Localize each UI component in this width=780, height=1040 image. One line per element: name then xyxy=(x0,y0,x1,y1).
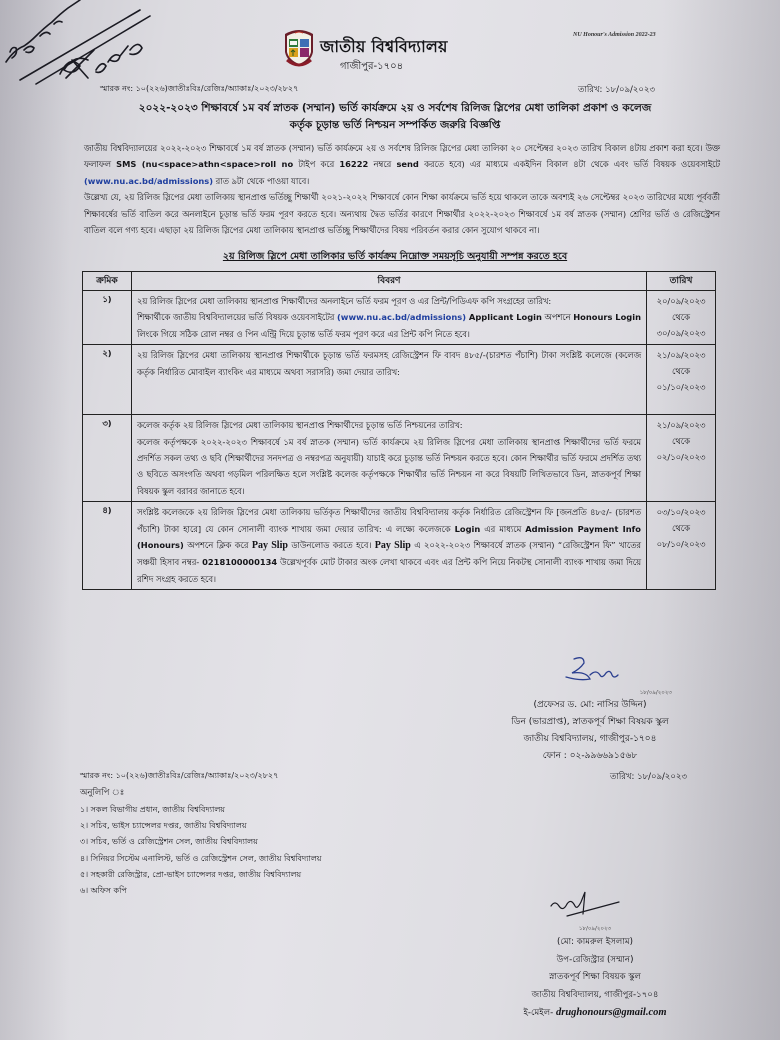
row-serial: ৪) xyxy=(83,502,132,590)
row-description-title: ২য় রিলিজ স্লিপের মেধা তালিকায় স্থানপ্র… xyxy=(137,293,641,309)
handwritten-annotation xyxy=(0,0,170,90)
list-item: ৩। সচিব, ভর্তি ও রেজিস্ট্রেশন সেল, জাতীয… xyxy=(80,834,322,850)
sms-format: SMS (nu<space>athn<space>roll no xyxy=(116,159,293,169)
date-separator: থেকে xyxy=(652,309,710,325)
detail-text: এর মাধ্যমে xyxy=(480,524,525,534)
paragraph-1-text: করতে হবে) এর মাধ্যমে একইদিন বিকাল ৪টা থে… xyxy=(419,159,720,169)
memo-number: স্মারক নং: ১০(২২৬)জাতীঃবিঃ/রেজিঃ/অ্যাকাঃ… xyxy=(100,83,298,96)
signature-date: ১৮/০৯/২০২৩ xyxy=(579,926,611,932)
login-text: Login xyxy=(455,524,481,534)
detail-text: শিক্ষার্থীকে জাতীয় বিশ্ববিদ্যালয়ের ভর্… xyxy=(137,312,337,322)
paragraph-2: উল্লেখ্য যে, ২য় রিলিজ স্লিপের মেধা তালি… xyxy=(84,189,720,238)
list-item: ৫। সহকারী রেজিস্ট্রার, প্রো-ভাইস চ্যান্স… xyxy=(80,867,322,883)
signatory-phone: ফোন : ০২-৯৯৬৬৯১৫৬৮ xyxy=(470,748,710,765)
signatory-name: (প্রফেসর ড. মো: নাসির উদ্দিন) xyxy=(470,697,710,714)
row-serial: ২) xyxy=(83,345,132,415)
table-row: ৪) সংশ্লিষ্ট কলেজকে ২য় রিলিজ স্লিপের মে… xyxy=(83,502,716,590)
row-description: ২য় রিলিজ স্লিপের মেধা তালিকায় স্থানপ্র… xyxy=(132,291,647,345)
signatory-name: (মো: কামরুল ইসলাম) xyxy=(530,934,660,952)
pay-slip-text: Pay Slip xyxy=(375,540,411,551)
applicant-login-text: Applicant Login xyxy=(466,312,542,322)
pay-slip-text: Pay Slip xyxy=(252,540,288,551)
email-label: ই-মেইল- xyxy=(523,1008,556,1018)
schedule-table: ক্রমিক বিবরণ তারিখ ১) ২য় রিলিজ স্লিপের … xyxy=(82,271,716,590)
paragraph-1: জাতীয় বিশ্ববিদ্যালয়ের ২০২২-২০২৩ শিক্ষা… xyxy=(84,140,720,189)
list-item: ৪। সিনিয়র সিস্টেম এনালিস্ট, ভর্তি ও রেজ… xyxy=(80,851,322,867)
signatory-office: জাতীয় বিশ্ববিদ্যালয়, গাজীপুর-১৭০৪ xyxy=(470,731,710,748)
signatory-dean: ১৮/০৯/২০২৩ (প্রফেসর ড. মো: নাসির উদ্দিন)… xyxy=(470,688,710,765)
signature-date: ১৮/০৯/২০২৩ xyxy=(640,690,672,696)
signatory-office: জাতীয় বিশ্ববিদ্যালয়, গাজীপুর-১৭০৪ xyxy=(500,987,690,1005)
sms-number: 16222 xyxy=(339,159,368,169)
detail-text: অপশনে xyxy=(542,312,573,322)
row-date: ২১/০৯/২০২৩ থেকে ০২/১০/২০২৩ xyxy=(647,415,716,502)
detail-text: অপশনে ক্লিক করে xyxy=(184,540,252,550)
list-item: ২। সচিব, ভাইস চ্যান্সেলর দপ্তর, জাতীয় ব… xyxy=(80,818,322,834)
row-description-detail: কলেজ কর্তৃপক্ষকে ২০২২-২০২৩ শিক্ষাবর্ষে ১… xyxy=(137,434,641,500)
column-date: তারিখ xyxy=(647,272,716,291)
sms-send: send xyxy=(396,159,418,169)
copy-memo-number: স্মারক নং: ১০(২২৬)জাতীঃবিঃ/রেজিঃ/অ্যাকাঃ… xyxy=(80,770,278,783)
row-serial: ১) xyxy=(83,291,132,345)
table-row: ৩) কলেজ কর্তৃক ২য় রিলিজ স্লিপের মেধা তা… xyxy=(83,415,716,502)
notice-title-line2: কর্তৃক চূড়ান্ত ভর্তি নিশ্চয়ন সম্পর্কিত… xyxy=(70,117,720,134)
paragraph-1-text: রাত ৯টা থেকে পাওয়া যাবে। xyxy=(213,176,309,186)
signatory-designation: উপ-রেজিস্ট্রার (সম্মান) xyxy=(530,952,660,970)
row-serial: ৩) xyxy=(83,415,132,502)
date-separator: থেকে xyxy=(652,520,710,536)
detail-text: ডাউনলোড করতে হবে। xyxy=(288,540,375,550)
date-from: ০৩/১০/২০২৩ xyxy=(652,504,710,520)
date-to: ০৮/১০/২০২৩ xyxy=(652,536,710,552)
notice-title-line1: ২০২২-২০২৩ শিক্ষাবর্ষে ১ম বর্ষ স্নাতক (সম… xyxy=(70,100,720,117)
signature-dean xyxy=(560,655,640,687)
row-date: ২১/০৯/২০২৩ থেকে ০১/১০/২০২৩ xyxy=(647,345,716,415)
table-header-row: ক্রমিক বিবরণ তারিখ xyxy=(83,272,716,291)
detail-text: লিংকে গিয়ে সঠিক রোল নম্বর ও পিন এন্ট্রি… xyxy=(137,329,470,339)
document-tag: NU Honour's Admission 2022-23 xyxy=(573,32,656,38)
list-item: ৬। অফিস কপি xyxy=(80,883,322,899)
university-logo xyxy=(281,28,317,68)
copy-date: তারিখ: ১৮/০৯/২০২৩ xyxy=(610,770,687,784)
notice-date: তারিখ: ১৮/০৯/২০২৩ xyxy=(578,83,655,97)
account-number: 0218100000134 xyxy=(202,557,277,567)
date-to: ০১/১০/২০২৩ xyxy=(652,379,710,395)
signatory-designation: ডিন (ভারপ্রাপ্ত), স্নাতকপূর্ব শিক্ষা বিষ… xyxy=(470,714,710,731)
paragraph-1-text: নম্বরে xyxy=(368,159,396,169)
row-description-detail: শিক্ষার্থীকে জাতীয় বিশ্ববিদ্যালয়ের ভর্… xyxy=(137,309,641,342)
row-date: ২০/০৯/২০২৩ থেকে ৩০/০৯/২০২৩ xyxy=(647,291,716,345)
university-name: জাতীয় বিশ্ববিদ্যালয় xyxy=(320,34,448,61)
admissions-link[interactable]: (www.nu.ac.bd/admissions) xyxy=(84,176,213,186)
row-date: ০৩/১০/২০২৩ থেকে ০৮/১০/২০২৩ xyxy=(647,502,716,590)
university-city: গাজীপুর-১৭০৪ xyxy=(340,59,403,76)
email-address[interactable]: drughonours@gmail.com xyxy=(556,1007,667,1018)
date-from: ২১/০৯/২০২৩ xyxy=(652,347,710,363)
date-separator: থেকে xyxy=(652,433,710,449)
date-from: ২১/০৯/২০২৩ xyxy=(652,417,710,433)
admissions-link[interactable]: (www.nu.ac.bd/admissions) xyxy=(337,312,466,322)
column-description: বিবরণ xyxy=(132,272,647,291)
table-row: ১) ২য় রিলিজ স্লিপের মেধা তালিকায় স্থান… xyxy=(83,291,716,345)
date-to: ৩০/০৯/২০২৩ xyxy=(652,325,710,341)
date-separator: থেকে xyxy=(652,363,710,379)
page-shadow-left xyxy=(0,0,70,1040)
signatory-deputy-registrar: ১৮/০৯/২০২৩ (মো: কামরুল ইসলাম) উপ-রেজিস্ট… xyxy=(530,924,660,1023)
notice-title: ২০২২-২০২৩ শিক্ষাবর্ষে ১ম বর্ষ স্নাতক (সম… xyxy=(70,100,720,134)
signatory-office: স্নাতকপূর্ব শিক্ষা বিষয়ক স্কুল xyxy=(530,969,660,987)
honours-login-text: Honours Login xyxy=(573,312,641,322)
column-serial: ক্রমিক xyxy=(83,272,132,291)
copy-title: অনুলিপি ঃ xyxy=(80,786,124,800)
signatory-email-line: ই-মেইল- drughonours@gmail.com xyxy=(490,1004,700,1023)
row-description: সংশ্লিষ্ট কলেজকে ২য় রিলিজ স্লিপের মেধা … xyxy=(132,502,647,590)
signature-deputy-registrar xyxy=(545,890,625,920)
row-description-title: কলেজ কর্তৃক ২য় রিলিজ স্লিপের মেধা তালিক… xyxy=(137,417,641,433)
row-description: ২য় রিলিজ স্লিপের মেধা তালিকায় স্থানপ্র… xyxy=(132,345,647,415)
list-item: ১। সকল বিভাগীয় প্রধান, জাতীয় বিশ্ববিদ্… xyxy=(80,802,322,818)
copy-list: ১। সকল বিভাগীয় প্রধান, জাতীয় বিশ্ববিদ্… xyxy=(80,802,322,899)
table-row: ২) ২য় রিলিজ স্লিপের মেধা তালিকায় স্থান… xyxy=(83,345,716,415)
date-from: ২০/০৯/২০২৩ xyxy=(652,293,710,309)
date-to: ০২/১০/২০২৩ xyxy=(652,449,710,465)
schedule-heading: ২য় রিলিজ স্লিপে মেধা তালিকার ভর্তি কার্… xyxy=(70,250,720,265)
row-description: কলেজ কর্তৃক ২য় রিলিজ স্লিপের মেধা তালিক… xyxy=(132,415,647,502)
paragraph-1-text: টাইপ করে xyxy=(293,159,339,169)
notice-body: জাতীয় বিশ্ববিদ্যালয়ের ২০২২-২০২৩ শিক্ষা… xyxy=(84,140,720,238)
